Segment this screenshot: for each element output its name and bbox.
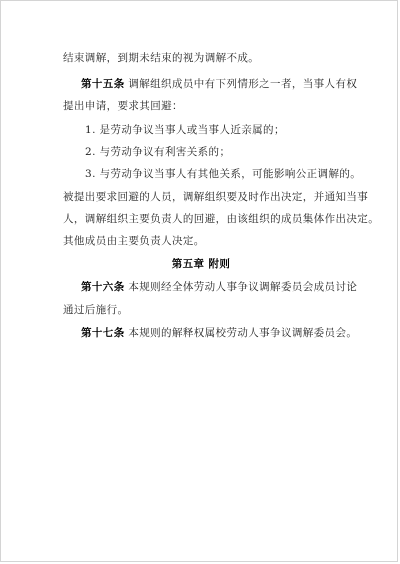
list-item: 3. 与劳动争议当事人有其他关系，可能影响公正调解的。: [85, 166, 365, 181]
list-item: 1. 是劳动争议当事人或当事人近亲属的；: [85, 122, 365, 137]
document-page: 结束调解，到期未结束的视为调解不成。 第十五条 调解组织成员中有下列情形之一者，…: [0, 0, 398, 562]
list-item: 2. 与劳动争议有利害关系的；: [85, 144, 365, 159]
paragraph-line: 提出申请，要求其回避：: [63, 98, 343, 113]
article-text: 调解组织成员中有下列情形之一者，当事人有权: [125, 78, 358, 90]
article-heading: 第十六条: [81, 281, 125, 293]
paragraph-line: 通过后施行。: [63, 302, 343, 317]
paragraph-line: 结束调解，到期未结束的视为调解不成。: [63, 50, 343, 65]
article-16: 第十六条 本规则经全体劳动人事争议调解委员会成员讨论: [81, 279, 361, 294]
paragraph-line: 其他成员由主要负责人决定。: [63, 233, 343, 248]
chapter-title: 第五章 附则: [1, 256, 400, 271]
article-text: 本规则经全体劳动人事争议调解委员会成员讨论: [125, 281, 358, 293]
article-heading: 第十七条: [81, 327, 125, 339]
article-17: 第十七条 本规则的解释权属校劳动人事争议调解委员会。: [81, 325, 361, 340]
article-15: 第十五条 调解组织成员中有下列情形之一者，当事人有权: [81, 76, 361, 91]
paragraph-line: 被提出要求回避的人员，调解组织要及时作出决定，并通知当事: [63, 189, 343, 204]
article-text: 本规则的解释权属校劳动人事争议调解委员会。: [125, 327, 358, 339]
paragraph-line: 人，调解组织主要负责人的回避，由该组织的成员集体作出决定。: [63, 211, 343, 226]
article-heading: 第十五条: [81, 78, 125, 90]
